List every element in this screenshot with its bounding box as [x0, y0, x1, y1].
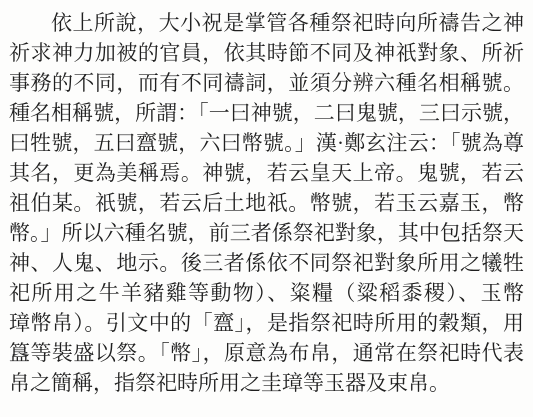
text-line: 祖伯某。祇號，若云后土地祇。幣號，若玉云嘉玉，幣云量 — [9, 188, 524, 218]
text-line: 祀所用之牛羊豬雞等動物）、粢糧（粱稻黍稷）、玉幣（圭 — [9, 278, 524, 308]
text-line: 璋幣帛）。引文中的「齍」，是指祭祀時所用的穀類，用簠 — [9, 308, 524, 338]
text-line: 曰牲號，五曰齍號，六曰幣號。」漢·鄭玄注云：「號為尊 — [9, 128, 524, 158]
text-line: 種名相稱號，所謂：「一曰神號，二曰鬼號，三曰示號，四 — [9, 98, 524, 128]
text-line: 幣。」所以六種名號，前三者係祭祀對象，其中包括祭天 — [9, 218, 524, 248]
text-line: 帛之簡稱，指祭祀時所用之圭璋等玉器及束帛。 — [9, 368, 524, 398]
text-line: 依上所說，大小祝是掌管各種祭祀時向所禱告之神祇， — [9, 8, 524, 38]
text-line: 事務的不同，而有不同禱詞，並須分辨六種名相稱號。六 — [9, 68, 524, 98]
text-line: 簋等裝盛以祭。「幣」，原意為布帛，通常在祭祀時代表玉 — [9, 338, 524, 368]
document-page: 依上所說，大小祝是掌管各種祭祀時向所禱告之神祇， 祈求神力加被的官員，依其時節不… — [0, 0, 533, 417]
text-line: 其名，更為美稱焉。神號，若云皇天上帝。鬼號，若云皇 — [9, 158, 524, 188]
body-text-paragraph: 依上所說，大小祝是掌管各種祭祀時向所禱告之神祇， 祈求神力加被的官員，依其時節不… — [9, 8, 524, 398]
text-line: 祈求神力加被的官員，依其時節不同及神祇對象、所祈求 — [9, 38, 524, 68]
text-line: 神、人鬼、地示。後三者係依不同祭祀對象所用之犧牲（祭 — [9, 248, 524, 278]
